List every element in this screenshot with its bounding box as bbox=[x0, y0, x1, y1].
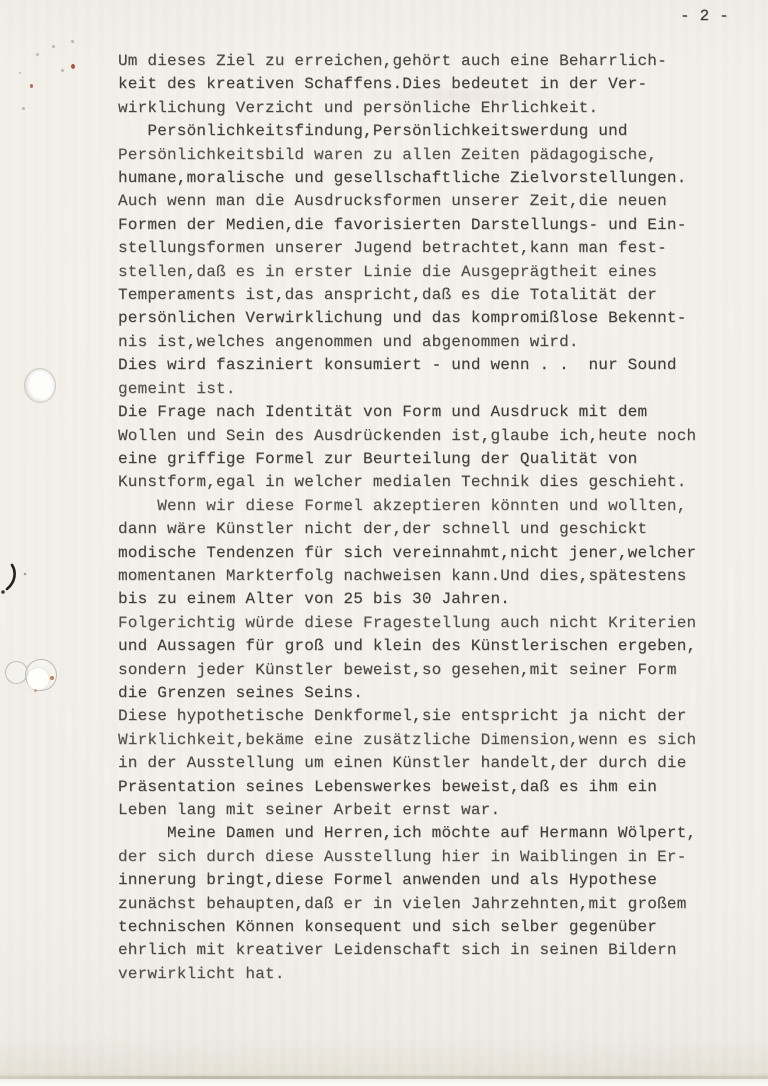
gray-speck bbox=[36, 53, 39, 56]
text-line: Meine Damen und Herren,ich möchte auf He… bbox=[118, 822, 718, 845]
text-line: die Grenzen seines Seins. bbox=[118, 682, 718, 705]
text-line: Persönlichkeitsbild waren zu allen Zeite… bbox=[118, 144, 718, 167]
text-line: Temperaments ist,das anspricht,daß es di… bbox=[118, 284, 718, 307]
text-line: Diese hypothetische Denkformel,sie entsp… bbox=[118, 705, 718, 728]
text-line: Auch wenn man die Ausdrucksformen unsere… bbox=[118, 190, 718, 213]
text-line: stellungsformen unserer Jugend betrachte… bbox=[118, 237, 718, 260]
text-line: bis zu einem Alter von 25 bis 30 Jahren. bbox=[118, 588, 718, 611]
document-lines: Um dieses Ziel zu erreichen,gehört auch … bbox=[118, 50, 718, 986]
text-line: momentanen Markterfolg nachweisen kann.U… bbox=[118, 565, 718, 588]
scanned-document-screenshot: { "page": { "number": "- 2 -" }, "docume… bbox=[0, 0, 768, 1086]
rust-speck bbox=[34, 689, 37, 692]
text-line: Wirklichkeit,bekäme eine zusätzliche Dim… bbox=[118, 729, 718, 752]
text-line: Wenn wir diese Formel akzeptieren könnte… bbox=[118, 495, 718, 518]
text-line: innerung bringt,diese Formel anwenden un… bbox=[118, 869, 718, 892]
page-number: - 2 - bbox=[680, 6, 729, 26]
gray-speck bbox=[19, 72, 21, 74]
text-line: der sich durch diese Ausstellung hier in… bbox=[118, 846, 718, 869]
text-line: Kunstform,egal in welcher medialen Techn… bbox=[118, 471, 718, 494]
text-line: nis ist,welches angenommen und abgenomme… bbox=[118, 331, 718, 354]
hole-punch-mark bbox=[24, 368, 56, 403]
scanner-background-strip bbox=[0, 1079, 768, 1086]
text-line: persönlichen Verwirklichung und das komp… bbox=[118, 307, 718, 330]
text-line: zunächst behaupten,daß er in vielen Jahr… bbox=[118, 893, 718, 916]
text-line: in der Ausstellung um einen Künstler han… bbox=[118, 752, 718, 775]
text-line: gemeint ist. bbox=[118, 378, 718, 401]
text-line: Präsentation seines Lebenswerkes beweist… bbox=[118, 776, 718, 799]
red-speck bbox=[71, 64, 75, 69]
text-line: dann wäre Künstler nicht der,der schnell… bbox=[118, 518, 718, 541]
text-line: Wollen und Sein des Ausdrückenden ist,gl… bbox=[118, 425, 718, 448]
text-line: technischen Können konsequent und sich s… bbox=[118, 916, 718, 939]
text-line: keit des kreativen Schaffens.Dies bedeut… bbox=[118, 73, 718, 96]
text-line: Die Frage nach Identität von Form und Au… bbox=[118, 401, 718, 424]
text-line: stellen,daß es in erster Linie die Ausge… bbox=[118, 261, 718, 284]
text-line: eine griffige Formel zur Beurteilung der… bbox=[118, 448, 718, 471]
red-speck bbox=[30, 84, 33, 88]
gray-speck bbox=[52, 45, 55, 48]
scanned-page: - 2 - Um dieses Ziel zu erreichen,gehört… bbox=[0, 0, 768, 1079]
text-line: humane,moralische und gesellschaftliche … bbox=[118, 167, 718, 190]
pen-mark bbox=[0, 562, 30, 598]
hole-punch-mark-2 bbox=[27, 668, 49, 690]
text-line: ehrlich mit kreativer Leidenschaft sich … bbox=[118, 939, 718, 962]
text-line: Um dieses Ziel zu erreichen,gehört auch … bbox=[118, 50, 718, 73]
gray-speck bbox=[61, 69, 64, 72]
rust-speck bbox=[50, 676, 54, 680]
pen-stroke-icon bbox=[0, 562, 30, 598]
text-line: Formen der Medien,die favorisierten Dars… bbox=[118, 214, 718, 237]
text-line: Folgerichtig würde diese Fragestellung a… bbox=[118, 612, 718, 635]
gray-speck bbox=[22, 107, 25, 110]
text-line: Persönlichkeitsfindung,Persönlichkeitswe… bbox=[118, 120, 718, 143]
gray-speck bbox=[71, 40, 74, 43]
text-line: Dies wird fasziniert konsumiert - und we… bbox=[118, 354, 718, 377]
text-line: und Aussagen für groß und klein des Küns… bbox=[118, 635, 718, 658]
text-line: sondern jeder Künstler beweist,so gesehe… bbox=[118, 659, 718, 682]
text-line: wirklichung Verzicht und persönliche Ehr… bbox=[118, 97, 718, 120]
text-line: verwirklicht hat. bbox=[118, 963, 718, 986]
text-line: Leben lang mit seiner Arbeit ernst war. bbox=[118, 799, 718, 822]
text-line: modische Tendenzen für sich vereinnahmt,… bbox=[118, 542, 718, 565]
